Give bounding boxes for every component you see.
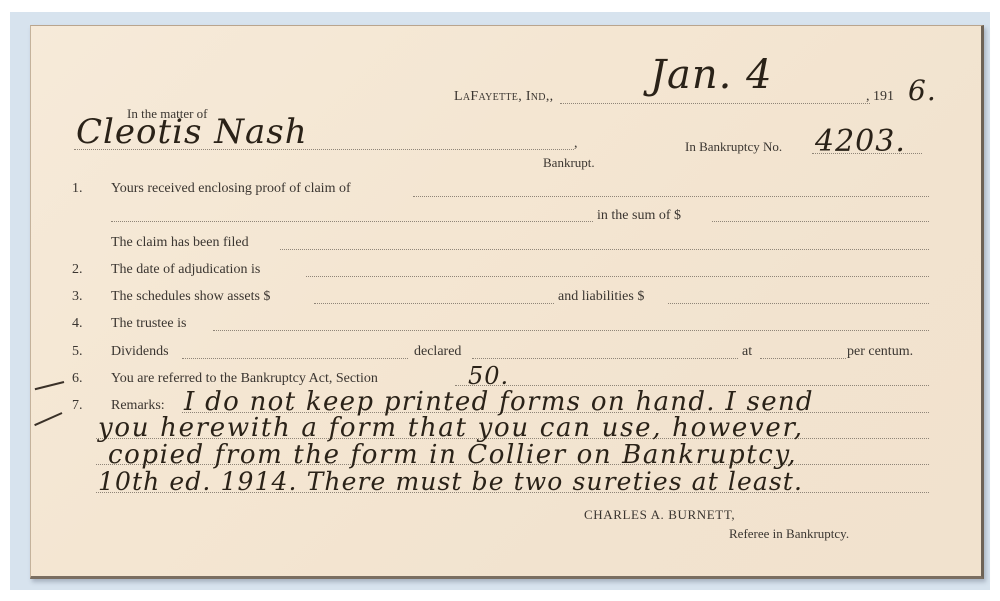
case-number-label: In Bankruptcy No. [685,139,782,155]
item-4-line [213,330,929,331]
city-label: LaFayette, Ind,, [454,89,553,105]
declared-label: declared [414,344,461,360]
item-7-number: 7. [72,398,83,414]
item-6-label: You are referred to the Bankruptcy Act, … [111,371,378,387]
item-1-label: Yours received enclosing proof of claim … [111,181,351,197]
liabilities-label: and liabilities $ [558,289,644,305]
item-2-number: 2. [72,262,83,278]
item-1-number: 1. [72,181,83,197]
percent-line [760,358,846,359]
date-line [560,103,870,104]
dividends-line [182,358,408,359]
assets-line [314,303,554,304]
claim-filed-label: The claim has been filed [111,235,249,251]
claim-line [111,221,593,222]
case-number: 4203. [815,124,906,159]
remarks-handwritten-line-3: copied from the form in Collier on Bankr… [108,440,797,470]
section-line [455,385,929,386]
sum-line [712,221,929,222]
item-3-number: 3. [72,289,83,305]
remarks-label: Remarks: [111,398,165,414]
declared-line [472,358,738,359]
comma: , [574,136,578,152]
section-number: 50. [468,362,509,390]
item-4-label: The trustee is [111,316,186,332]
item-6-number: 6. [72,371,83,387]
year-prefix: , 191 [866,89,894,105]
bankrupt-name: Cleotis Nash [76,112,308,152]
sum-label: in the sum of $ [597,208,681,224]
item-3-label: The schedules show assets $ [111,289,270,305]
item-5-number: 5. [72,344,83,360]
liabilities-line [668,303,929,304]
year-suffix-handwritten: 6. [908,74,937,107]
item-2-line [306,276,929,277]
item-2-label: The date of adjudication is [111,262,260,278]
per-centum-label: per centum. [847,344,913,360]
bankrupt-label: Bankrupt. [543,155,595,171]
at-label: at [742,344,752,360]
referee-name: CHARLES A. BURNETT, [584,507,735,523]
item-5-label: Dividends [111,344,169,360]
remarks-handwritten-line-2: you herewith a form that you can use, ho… [98,413,804,443]
remarks-handwritten-line-4: 10th ed. 1914. There must be two suretie… [98,467,803,496]
item-1-line [413,196,929,197]
item-4-number: 4. [72,316,83,332]
claim-filed-line [280,249,929,250]
date-handwritten: Jan. 4 [650,52,773,98]
referee-title: Referee in Bankruptcy. [729,526,849,542]
